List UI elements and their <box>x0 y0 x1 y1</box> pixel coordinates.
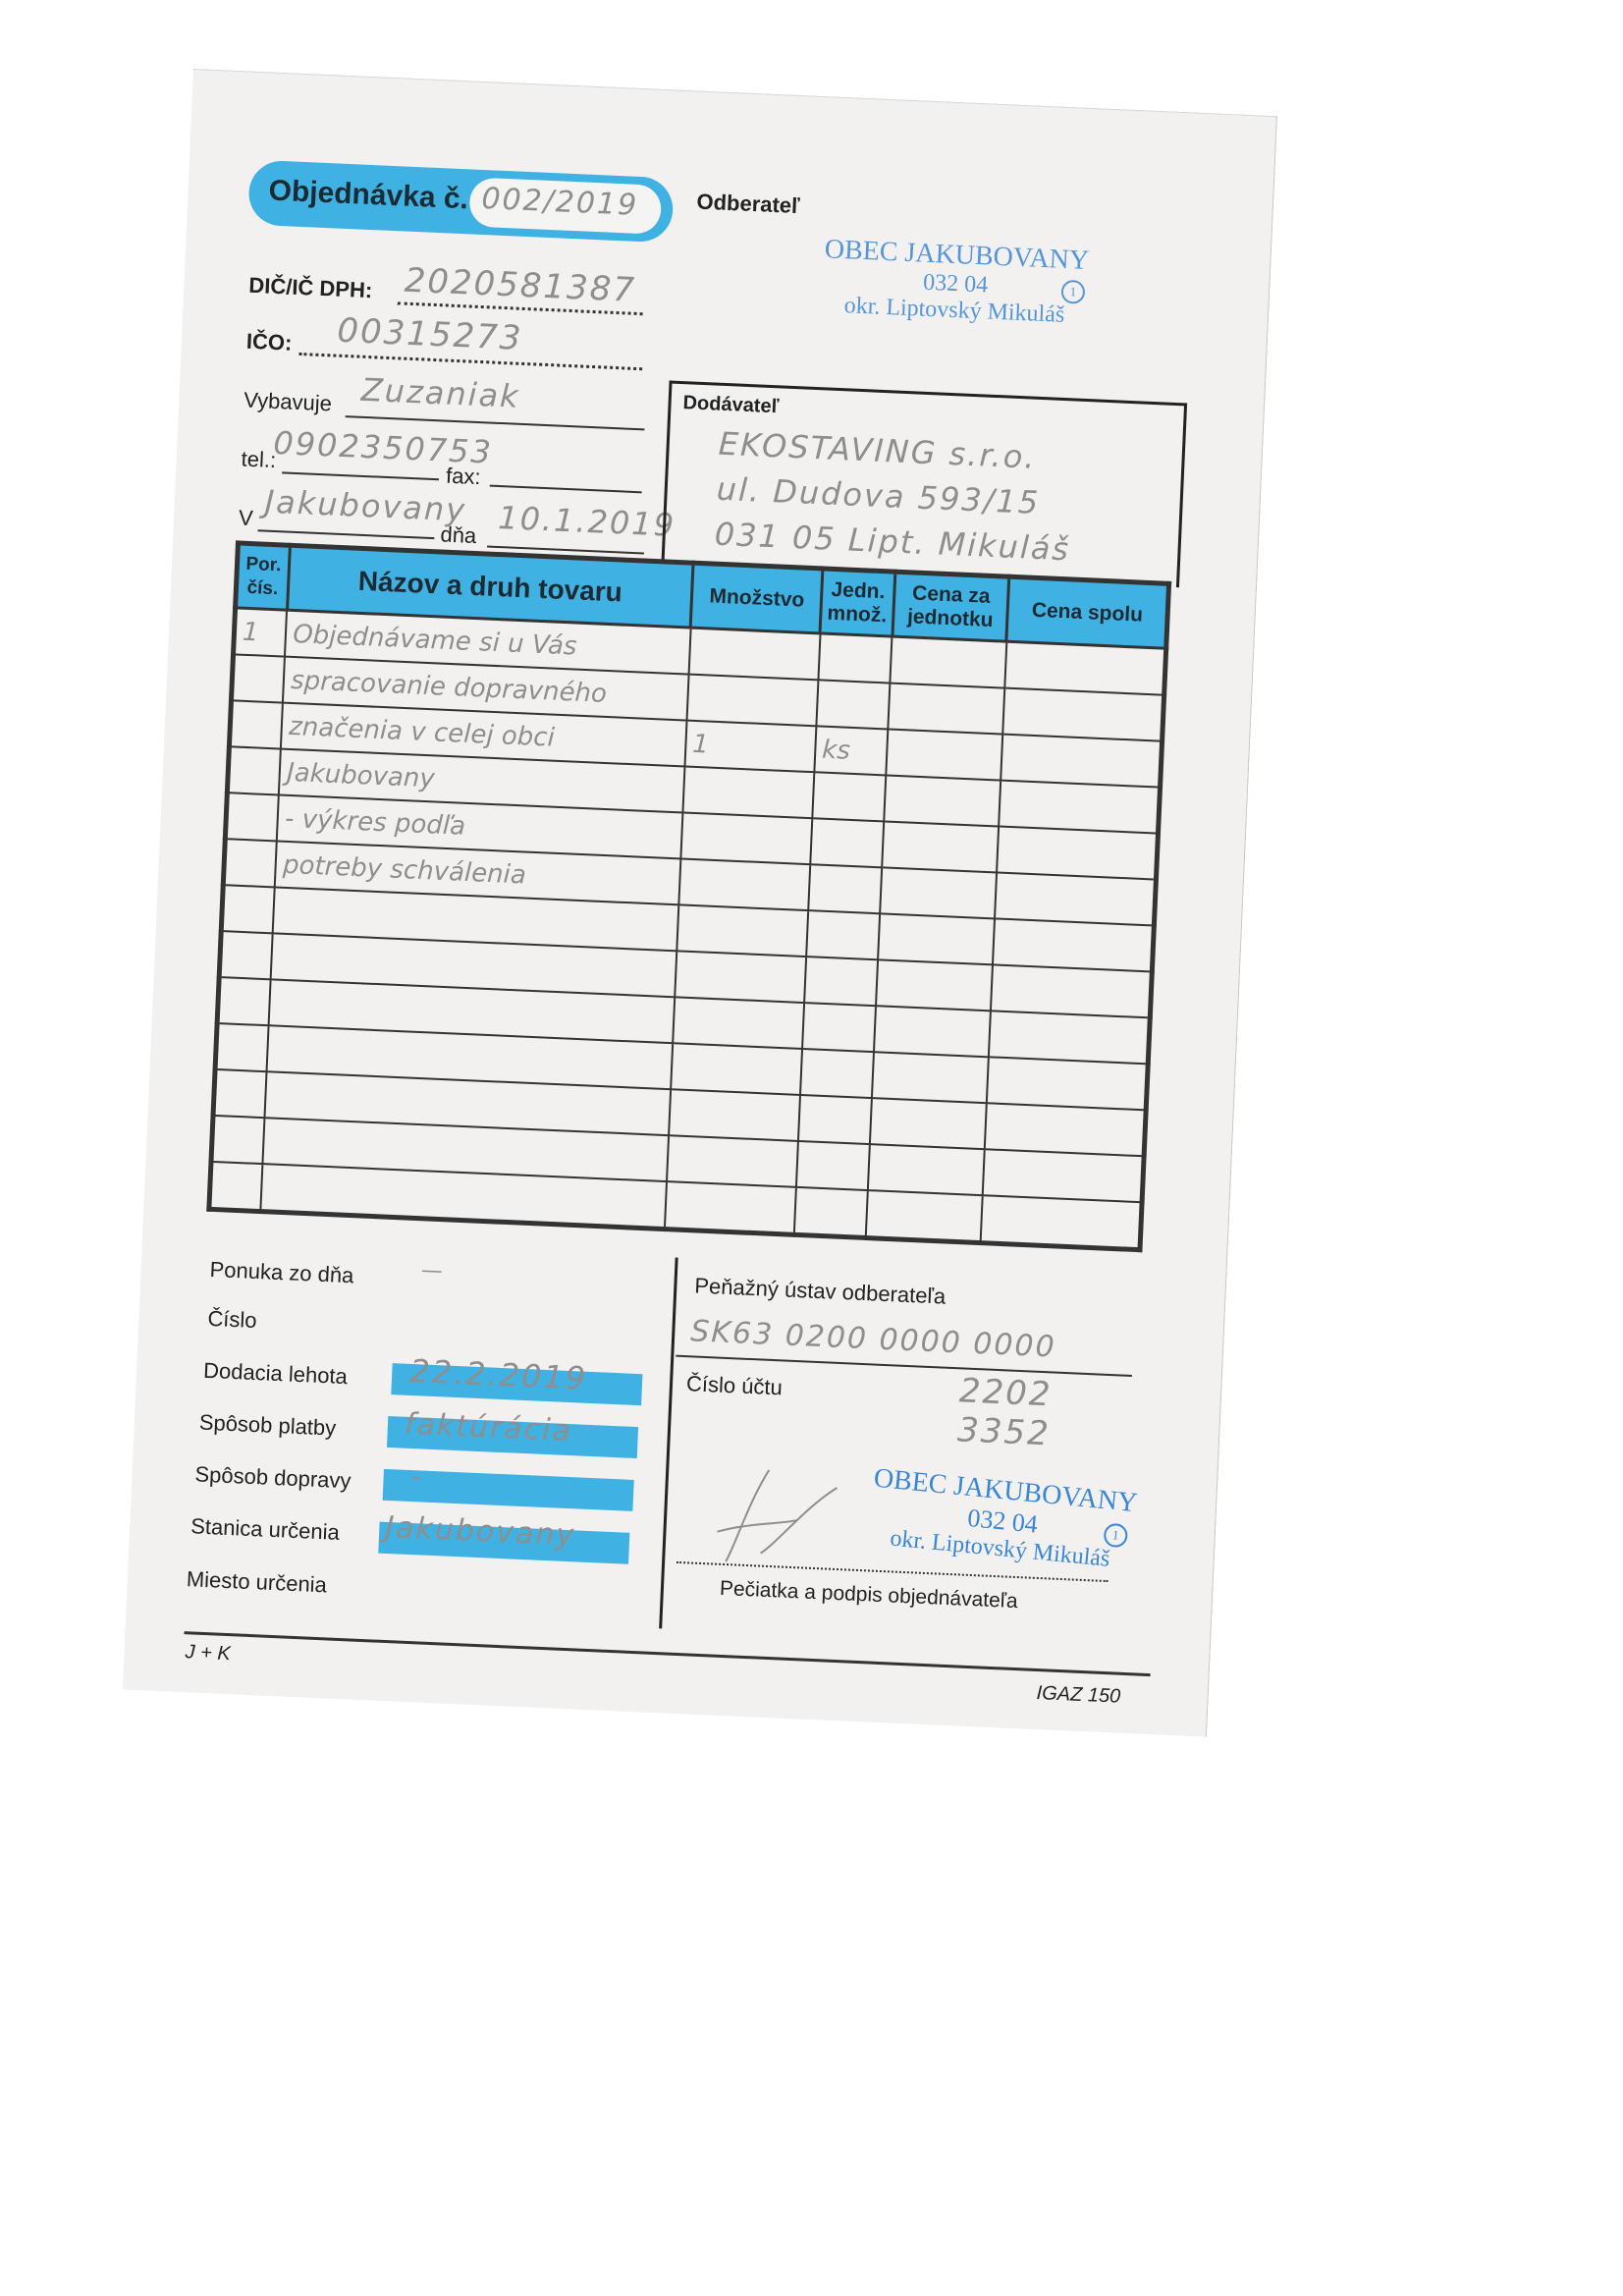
cell-jedn[interactable] <box>800 1049 874 1098</box>
cell-por[interactable] <box>223 839 277 887</box>
cell-spolu[interactable] <box>1004 641 1166 695</box>
cell-jedn[interactable] <box>812 772 886 821</box>
footer-left: J + K <box>185 1641 231 1666</box>
cell-mnozstvo[interactable] <box>680 812 812 864</box>
cell-por[interactable] <box>211 1116 265 1164</box>
cell-jedn[interactable] <box>796 1141 870 1190</box>
tel-label: tel.: <box>241 447 277 474</box>
lehota-label: Dodacia lehota <box>203 1358 349 1390</box>
cislo-label: Číslo <box>207 1306 257 1334</box>
ico-value: 00315273 <box>337 311 524 358</box>
stanica-label: Stanica určenia <box>190 1513 341 1546</box>
cell-spolu[interactable] <box>995 872 1156 925</box>
cell-cena[interactable] <box>888 683 1004 735</box>
cell-por[interactable] <box>231 654 285 702</box>
place-label: V <box>239 505 254 531</box>
cell-por[interactable] <box>227 746 281 794</box>
cell-por[interactable] <box>209 1162 263 1212</box>
cell-por[interactable] <box>229 700 283 748</box>
order-number-pill: Objednávka č.: 002/2019 <box>247 160 674 244</box>
cell-jedn[interactable] <box>804 957 878 1006</box>
cell-por[interactable] <box>213 1069 267 1118</box>
tel-field[interactable] <box>282 471 439 480</box>
cell-por[interactable]: 1 <box>234 608 288 657</box>
bank-ustav-label: Peňažný ústav odberateľa <box>694 1273 947 1309</box>
cell-spolu[interactable] <box>981 1195 1143 1250</box>
footer-right: IGAZ 150 <box>1036 1682 1121 1709</box>
cell-mnozstvo[interactable] <box>686 675 818 727</box>
cell-por[interactable] <box>215 1023 269 1071</box>
cell-cena[interactable] <box>886 729 1002 780</box>
cell-spolu[interactable] <box>989 1011 1150 1064</box>
dodavatel-box: Dodávateľ EKOSTAVING s.r.o. ul. Dudova 5… <box>661 380 1187 587</box>
cell-cena[interactable] <box>884 775 1001 826</box>
fax-field[interactable] <box>490 485 642 494</box>
platba-value: faktúrácia <box>404 1407 572 1449</box>
items-table: Por.čís. Názov a druh tovaru Množstvo Je… <box>206 540 1171 1252</box>
cell-spolu[interactable] <box>987 1057 1148 1110</box>
delivery-section: Ponuka zo dňa — Číslo Dodacia lehota 22.… <box>185 1256 662 1649</box>
signature-label: Pečiatka a podpis objednávateľa <box>719 1577 1018 1613</box>
signature-icon <box>706 1462 868 1577</box>
cell-por[interactable] <box>225 793 279 841</box>
cell-jedn[interactable] <box>798 1095 872 1144</box>
ponuka-value: — <box>420 1258 445 1284</box>
col-header-jedn: Jedn.množ. <box>820 569 894 636</box>
date-value: 10.1.2019 <box>498 499 676 544</box>
date-label: dňa <box>440 521 477 549</box>
place-value: Jakubovany <box>264 483 467 529</box>
col-header-spolu: Cena spolu <box>1006 576 1168 648</box>
place-field[interactable] <box>258 529 435 539</box>
cell-mnozstvo[interactable] <box>678 858 810 910</box>
cell-spolu[interactable] <box>991 964 1152 1017</box>
cell-jedn[interactable]: ks <box>814 726 888 775</box>
cell-cena[interactable] <box>878 913 995 964</box>
cell-jedn[interactable] <box>794 1187 868 1238</box>
lehota-value: 22.2.2019 <box>409 1352 588 1397</box>
cell-mnozstvo[interactable] <box>671 1043 802 1095</box>
cell-por[interactable] <box>221 885 275 933</box>
order-number-field[interactable]: 002/2019 <box>468 177 662 234</box>
dodavatel-label: Dodávateľ <box>682 392 780 418</box>
signature-stamp: OBEC JAKUBOVANY 032 04 1 okr. Liptovský … <box>852 1461 1154 1576</box>
col-header-cena: Cena zajednotku <box>893 572 1010 641</box>
miesto-label: Miesto určenia <box>186 1566 327 1598</box>
doprava-value: - <box>411 1462 424 1492</box>
ponuka-label: Ponuka zo dňa <box>209 1257 354 1288</box>
col-header-por: Por.čís. <box>236 543 291 610</box>
cell-spolu[interactable] <box>983 1149 1144 1202</box>
cell-jedn[interactable] <box>816 680 890 729</box>
cell-cena[interactable] <box>876 959 993 1011</box>
bank-ucet-label: Číslo účtu <box>685 1371 783 1400</box>
cell-mnozstvo[interactable] <box>669 1089 800 1141</box>
cell-cena[interactable] <box>880 867 997 918</box>
vybavuje-field[interactable] <box>346 415 645 430</box>
cell-cena[interactable] <box>890 636 1006 688</box>
cell-mnozstvo[interactable] <box>667 1135 798 1187</box>
cell-cena[interactable] <box>874 1006 991 1057</box>
cell-mnozstvo[interactable]: 1 <box>684 721 816 773</box>
odberatel-label: Odberateľ <box>696 189 800 219</box>
odberatel-stamp: OBEC JAKUBOVANY 032 04 1 okr. Liptovský … <box>807 234 1105 331</box>
cell-mnozstvo[interactable] <box>688 628 820 680</box>
cell-mnozstvo[interactable] <box>673 997 804 1049</box>
bank-section: Peňažný ústav odberateľa SK63 0200 0000 … <box>664 1265 1141 1658</box>
order-number-value: 002/2019 <box>481 182 639 223</box>
cell-jedn[interactable] <box>802 1003 876 1052</box>
platba-label: Spôsob platby <box>198 1410 336 1442</box>
bank-ucet-value[interactable]: 2202 3352 <box>956 1371 1136 1457</box>
cell-spolu[interactable] <box>997 827 1158 880</box>
vybavuje-label: Vybavuje <box>243 388 333 417</box>
ico-label: IČO: <box>245 329 293 356</box>
cell-cena[interactable] <box>868 1144 985 1195</box>
dic-label: DIČ/IČ DPH: <box>248 273 373 303</box>
cell-spolu[interactable] <box>993 918 1154 971</box>
cell-jedn[interactable] <box>818 633 892 683</box>
cell-cena[interactable] <box>872 1052 989 1103</box>
order-number-label: Objednávka č.: <box>268 174 479 216</box>
vybavuje-value: Zuzaniak <box>360 371 520 415</box>
cell-mnozstvo[interactable] <box>682 766 814 818</box>
doprava-label: Spôsob dopravy <box>194 1461 352 1494</box>
stamp-line2: 032 04 <box>923 270 989 299</box>
stamp-mark-icon: 1 <box>1060 280 1085 304</box>
cell-spolu[interactable] <box>1002 688 1163 741</box>
cell-cena[interactable] <box>866 1190 983 1243</box>
cell-jedn[interactable] <box>810 818 884 867</box>
cell-jedn[interactable] <box>806 910 880 959</box>
cell-cena[interactable] <box>870 1098 987 1149</box>
order-form-paper: Objednávka č.: 002/2019 Odberateľ OBEC J… <box>123 69 1277 1737</box>
cell-jedn[interactable] <box>808 864 882 913</box>
col-header-mnozstvo: Množstvo <box>690 563 823 633</box>
cell-spolu[interactable] <box>1001 735 1162 788</box>
sig-stamp-line2: 032 04 <box>966 1503 1039 1539</box>
sig-stamp-mark-icon: 1 <box>1103 1522 1128 1548</box>
cell-spolu[interactable] <box>985 1103 1146 1156</box>
cell-mnozstvo[interactable] <box>675 951 806 1003</box>
cell-por[interactable] <box>217 977 271 1025</box>
cell-spolu[interactable] <box>999 781 1160 834</box>
cell-por[interactable] <box>219 931 273 979</box>
cell-mnozstvo[interactable] <box>676 904 808 957</box>
dodavatel-address[interactable]: EKOSTAVING s.r.o. ul. Dudova 593/15 031 … <box>714 421 1075 573</box>
cell-mnozstvo[interactable] <box>665 1181 796 1234</box>
fax-label: fax: <box>446 464 482 491</box>
cell-cena[interactable] <box>882 821 999 872</box>
